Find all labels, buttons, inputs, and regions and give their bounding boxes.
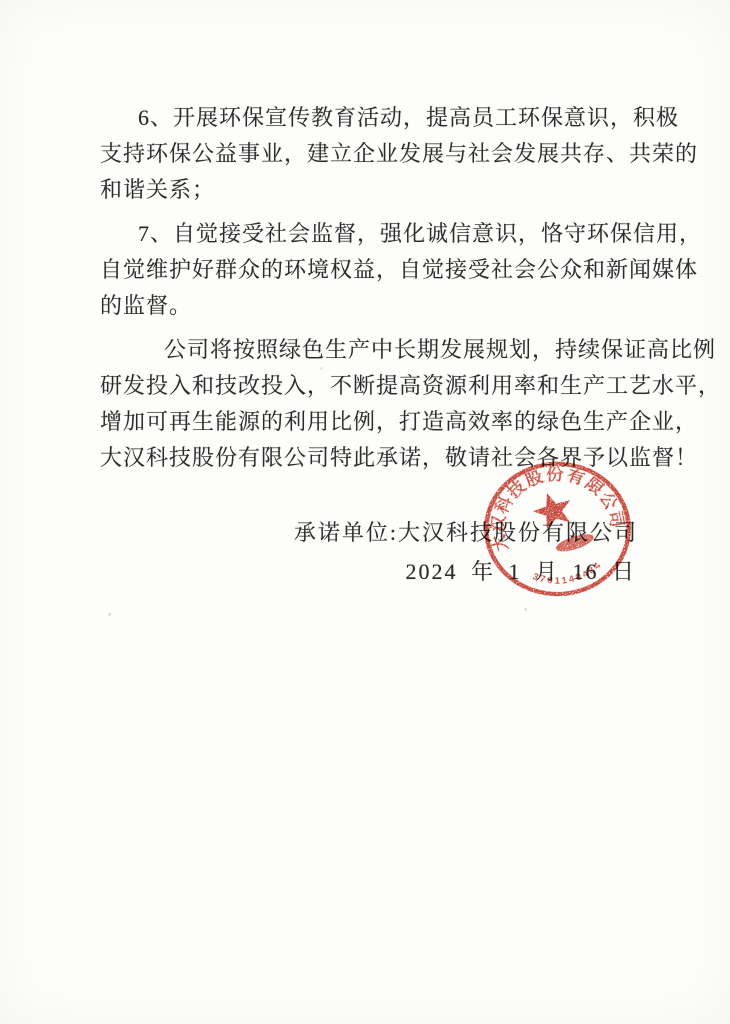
body-line: 研发投入和技改投入，不断提高资源利用率和生产工艺水平， (100, 368, 642, 404)
body-line: 的监督。 (100, 288, 642, 324)
seal-smudge (554, 531, 596, 555)
body-line: 7、自觉接受社会监督，强化诚信意识，恪守环保信用， (100, 216, 642, 252)
seal-code-text: 3701140484 (529, 558, 608, 592)
body-line: 增加可再生能源的利用比例，打造高效率的绿色生产企业， (100, 404, 642, 440)
body-line: 和谐关系； (100, 172, 642, 208)
document-body: 6、开展环保宣传教育活动，提高员工环保意识，积极 支持环保公益事业，建立企业发展… (100, 100, 642, 484)
paragraph-item-6: 6、开展环保宣传教育活动，提高员工环保意识，积极 支持环保公益事业，建立企业发展… (100, 100, 642, 208)
body-line: 6、开展环保宣传教育活动，提高员工环保意识，积极 (100, 100, 642, 136)
body-line: 支持环保公益事业，建立企业发展与社会发展共存、共荣的 (100, 136, 642, 172)
company-seal: 大汉科技股份有限公司 3701140484 (481, 459, 634, 599)
scanned-document-page: 6、开展环保宣传教育活动，提高员工环保意识，积极 支持环保公益事业，建立企业发展… (0, 0, 730, 1024)
body-line: 公司将按照绿色生产中长期发展规划，持续保证高比例 (100, 332, 642, 368)
body-line: 自觉维护好群众的环境权益，自觉接受社会公众和新闻媒体 (100, 252, 642, 288)
paragraph-item-7: 7、自觉接受社会监督，强化诚信意识，恪守环保信用， 自觉维护好群众的环境权益，自… (100, 216, 642, 324)
seal-star-icon (528, 488, 577, 532)
paragraph-closing: 公司将按照绿色生产中长期发展规划，持续保证高比例 研发投入和技改投入，不断提高资… (100, 332, 642, 476)
